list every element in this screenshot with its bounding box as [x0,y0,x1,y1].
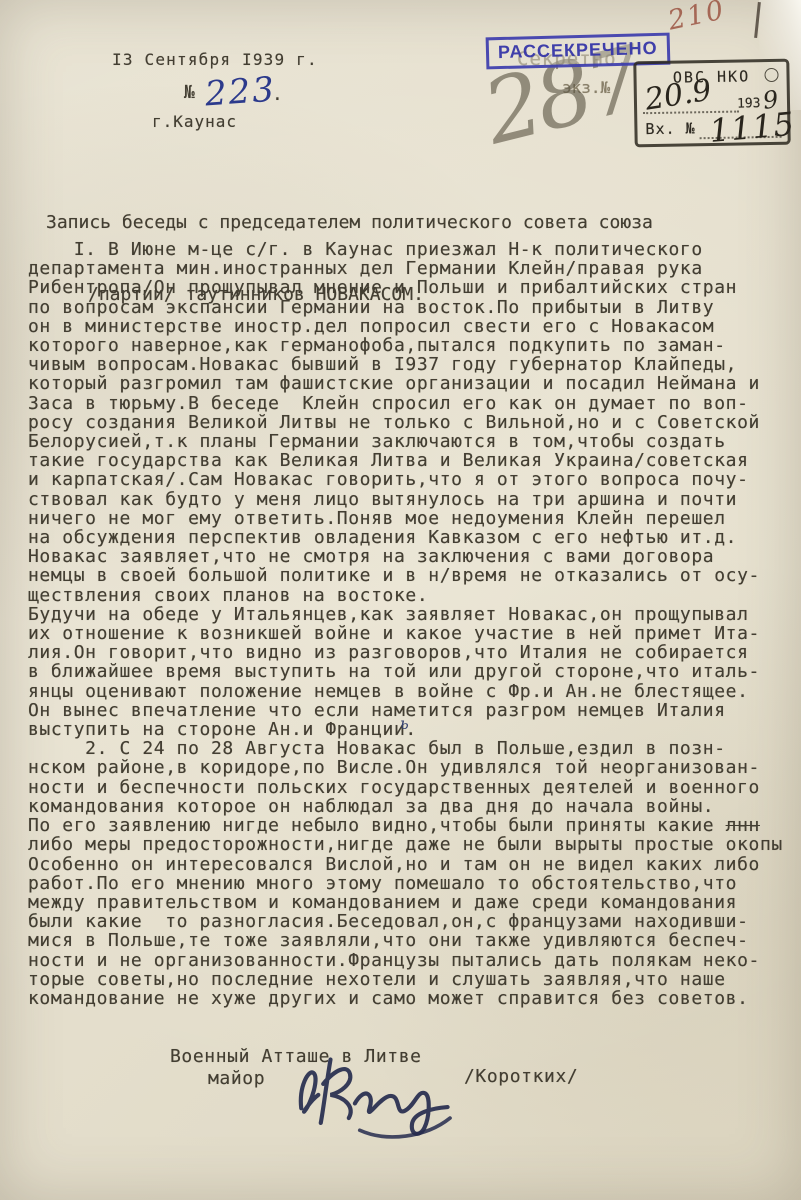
body-line: работ.По его мнению много этому помешало… [28,874,800,893]
body-line: департамента мин.иностранных дел Германи… [28,259,800,278]
body-line: между правительством и командованием и д… [28,893,800,912]
body-line: ствовал как будто у меня лицо вытянулось… [28,490,800,509]
body-line: Заса в тюрьму.В беседе Клейн спросил его… [28,394,800,413]
body-line: такие государства как Великая Литва и Ве… [28,451,800,470]
body-line: которого наверное,как германофоба,пыталс… [28,336,800,355]
document-number-label: № [184,82,195,103]
body-line: и карпатская/.Сам Новакас говорить,что я… [28,470,800,489]
body-line: Рибентропа/Он прощупывал мнение и Польши… [28,278,800,297]
body-line: на обсуждения перспектив овладения Кавка… [28,528,800,547]
body-line: ности и не организованности.Французы пыт… [28,951,800,970]
body-line: нском районе,в коридоре,по Висле.Он удив… [28,758,800,777]
document-number-period: . [272,84,283,105]
body-line: мися в Польше,те тоже заявляли,что они т… [28,931,800,950]
body-line: выступить на стороне Ан.и Франции. [28,720,800,739]
body-line: Он вынес впечатление что если наметится … [28,701,800,720]
body-line: янцы оценивают положение немцев в войне … [28,682,800,701]
body-line: торые советы,но последние нехотели и слу… [28,970,800,989]
title-line-1: Запись беседы с председателем политическ… [46,211,653,235]
document-city: г.Каунас [152,112,237,131]
body-line: Белорусией,т.к планы Германии заключаютс… [28,432,800,451]
body-line: ности и беспечности польских государстве… [28,778,800,797]
body-line: I. В Июне м-це с/г. в Каунас приезжал Н-… [28,240,800,259]
body-line: он в министерстве иностр.дел попросил св… [28,317,800,336]
body-line: который разгромил там фашистские организ… [28,374,800,393]
document-number-handwritten: 223 [204,70,278,115]
body-line: росу создания Великой Литвы не только с … [28,413,800,432]
body-line: лия.Он говорит,что видно из разговоров,ч… [28,643,800,662]
body-line: их отношение к возникшей войне и какое у… [28,624,800,643]
body-line: ничего не мог ему ответить.Поняв мое нед… [28,509,800,528]
body-line: чивым вопросам.Новакас бывший в I937 год… [28,355,800,374]
body-line: немцы в своей большой политике и в н/вре… [28,566,800,585]
body-line: по вопросам экспансии Германии на восток… [28,298,800,317]
folio-number: 210 [665,0,728,37]
signer-rank: майор [208,1068,265,1089]
body-line: командования которое он наблюдал за два … [28,797,800,816]
handwritten-insert-mark: ь [400,714,409,733]
body-line: По его заявлению нигде небыло видно,чтоб… [28,816,800,835]
signer-name: /Коротких/ [464,1066,578,1087]
body-line: были какие то разногласия.Беседовал,он,с… [28,912,800,931]
body-line: 2. С 24 по 28 Августа Новакас был в Поль… [28,739,800,758]
struck-text: лнн [726,815,760,836]
body-line: Будучи на обеде у Итальянцев,как заявляе… [28,605,800,624]
body-text: I. В Июне м-це с/г. в Каунас приезжал Н-… [28,240,800,1008]
document-date: I3 Сентября I939 г. [112,50,318,69]
registry-stamp: ОВС НКО 20.9 193 9 Вх. № 1115 [633,59,790,148]
body-line: либо меры предосторожности,нигде даже не… [28,835,800,854]
body-line: Новакас заявляет,что не смотря на заключ… [28,547,800,566]
body-line: командование не хуже других и само может… [28,989,800,1008]
body-line: в ближайшее время выступить на той или д… [28,662,800,681]
body-line: ществления своих планов на востоке. [28,586,800,605]
body-line: Особенно он интересовался Вислой,но и та… [28,855,800,874]
document-page: 210 I3 Сентября I939 г. № 223 . г.Каунас… [0,0,801,1200]
registry-entry-label: Вх. № [645,119,695,138]
handwritten-signature [288,1040,473,1140]
registry-entry-number: 1115 [708,105,796,150]
